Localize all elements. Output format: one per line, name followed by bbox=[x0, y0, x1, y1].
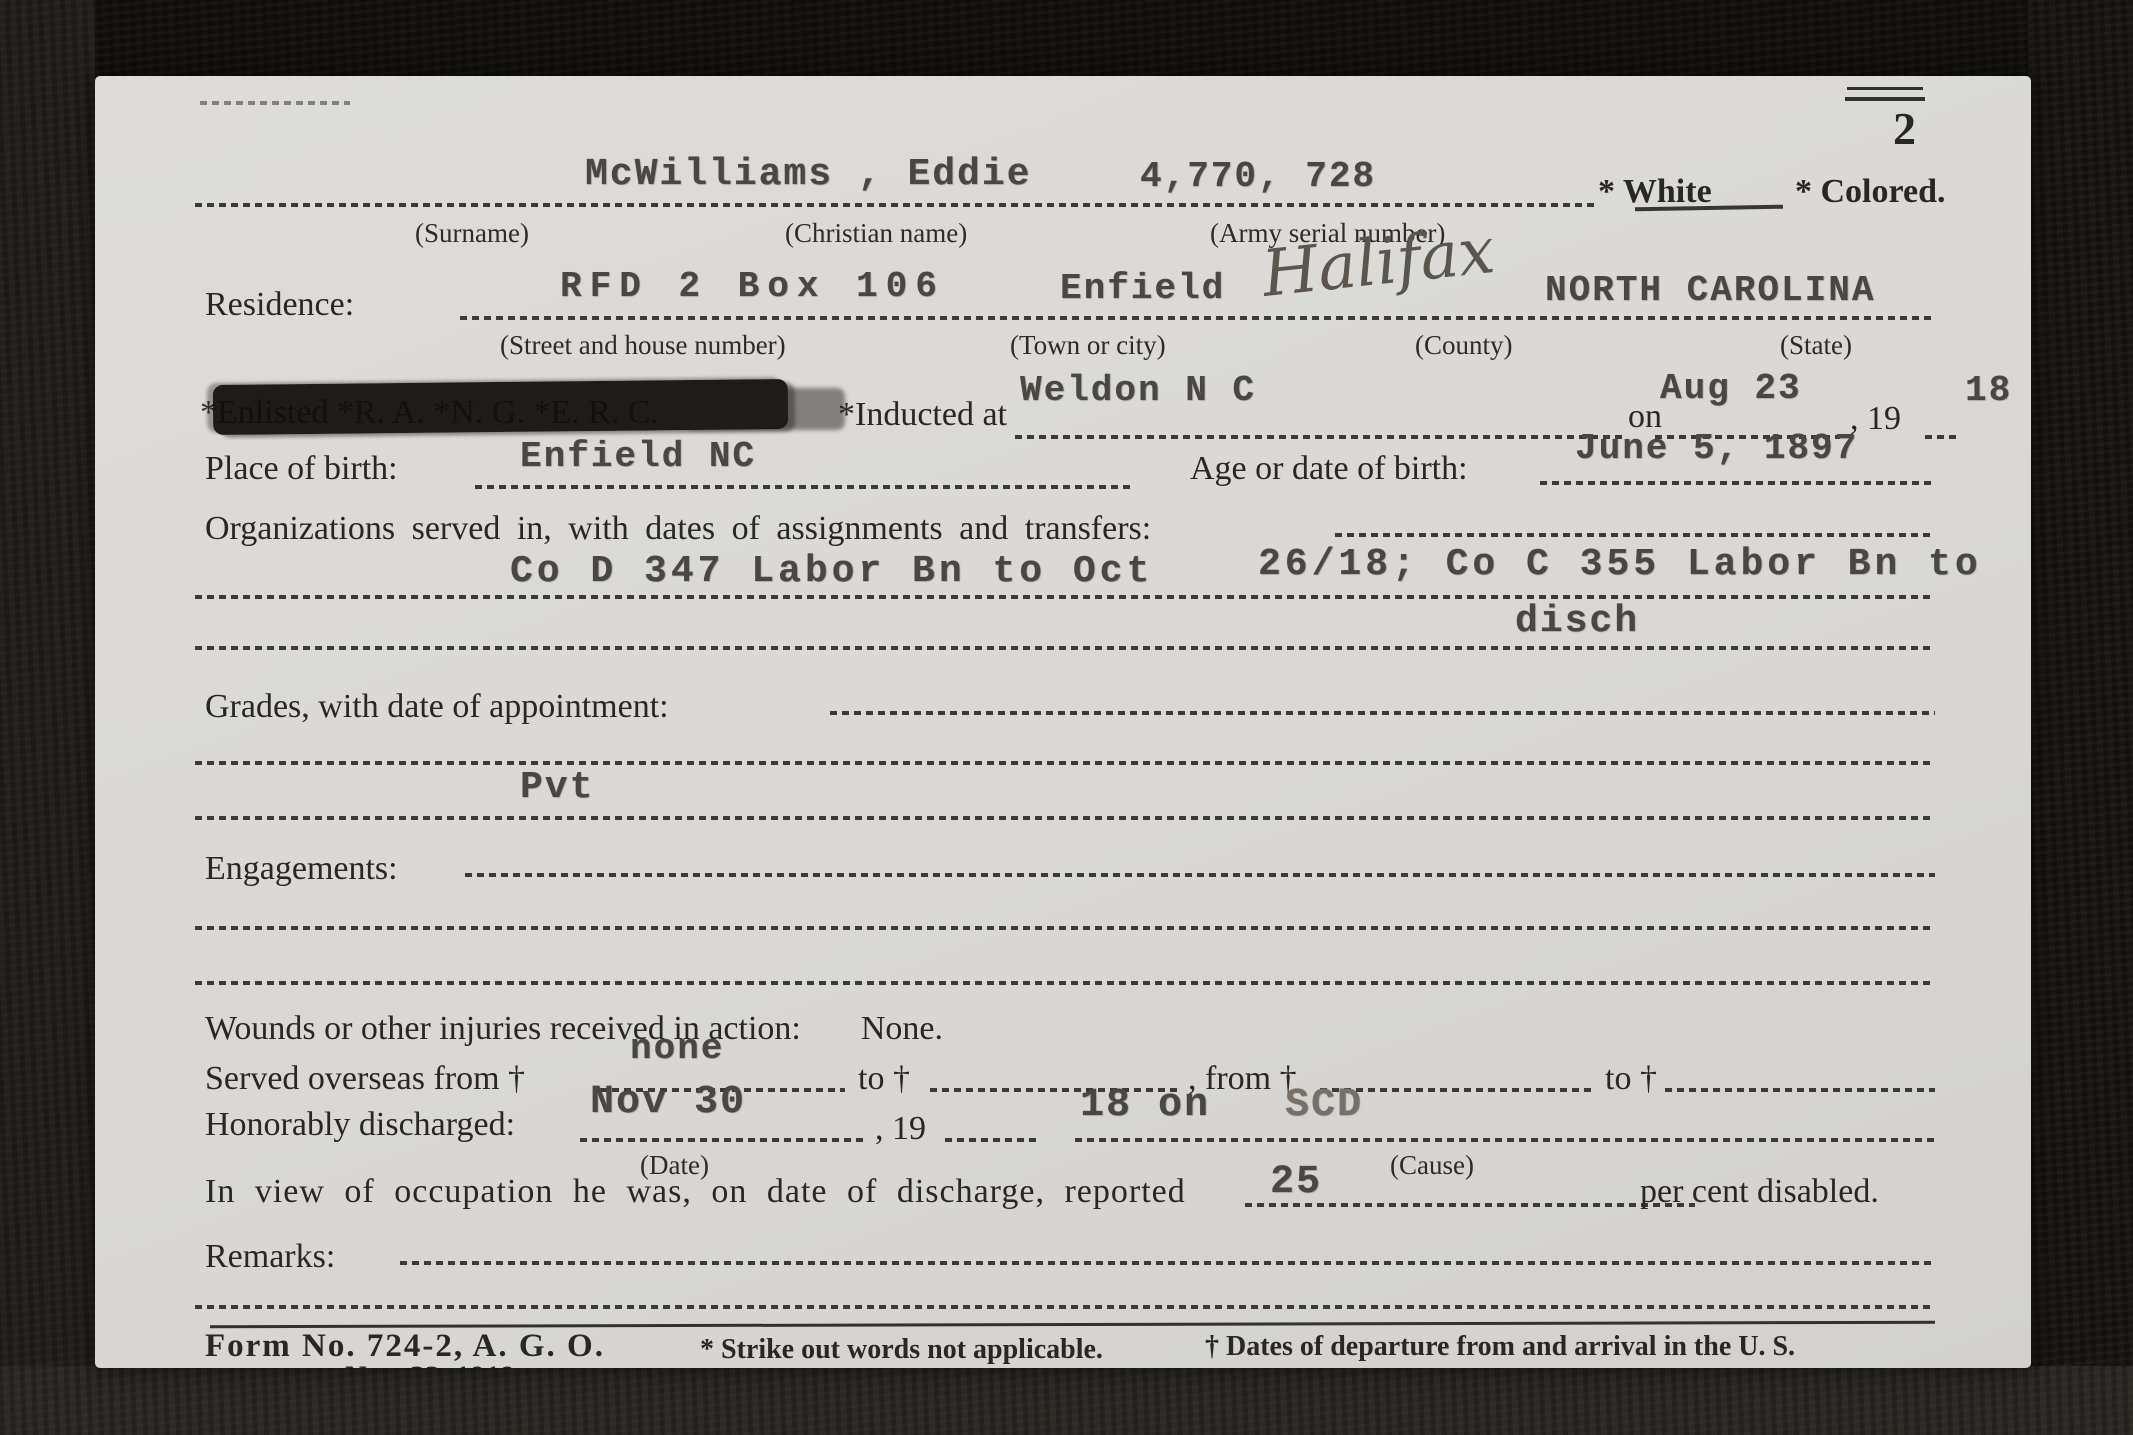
overseas-rule4 bbox=[1665, 1088, 1935, 1092]
county-label: (County) bbox=[1415, 330, 1513, 361]
engagements-line1-rule bbox=[195, 926, 1935, 930]
page-number-rule-upper bbox=[1847, 87, 1923, 90]
residence-rule bbox=[460, 316, 1935, 320]
top-left-dash-mark bbox=[200, 101, 350, 105]
age-or-birthdate-label: Age or date of birth: bbox=[1190, 450, 1468, 488]
residence-town-entry: Enfield bbox=[1060, 268, 1225, 309]
name-entry: McWilliams , Eddie bbox=[585, 153, 1031, 196]
engagements-rule bbox=[465, 873, 1935, 877]
grades-line2-rule bbox=[195, 816, 1935, 820]
residence-state-entry: NORTH CAROLINA bbox=[1545, 270, 1875, 311]
discharged-cause-rule bbox=[1075, 1138, 1935, 1142]
scan-background-left bbox=[0, 0, 95, 1435]
grades-label: Grades, with date of appointment: bbox=[205, 688, 669, 726]
service-record-card: 2 McWilliams , Eddie 4,770, 728 * White … bbox=[95, 76, 2031, 1368]
residence-label: Residence: bbox=[205, 286, 354, 324]
discharged-label: Honorably discharged: bbox=[205, 1106, 515, 1144]
street-label: (Street and house number) bbox=[500, 330, 786, 361]
strike-out-note: * Strike out words not applicable. bbox=[700, 1334, 1103, 1366]
wounds-value: None. bbox=[861, 1010, 943, 1047]
grades-rule bbox=[830, 711, 1935, 715]
discharged-cause-entry: SCD bbox=[1285, 1083, 1363, 1128]
page-number: 2 bbox=[1893, 102, 1916, 155]
organizations-entry-disch: disch bbox=[1515, 600, 1639, 643]
disability-suffix-label: per cent disabled. bbox=[1640, 1173, 1879, 1211]
scan-background-top bbox=[0, 0, 2133, 78]
page-number-rule-lower bbox=[1845, 97, 1925, 101]
disability-rule bbox=[1245, 1203, 1695, 1207]
name-rule bbox=[195, 203, 1595, 207]
race-colored-option: * Colored. bbox=[1795, 173, 1945, 211]
christian-name-label: (Christian name) bbox=[785, 218, 967, 249]
cause-label: (Cause) bbox=[1390, 1150, 1474, 1181]
remarks-label: Remarks: bbox=[205, 1238, 335, 1276]
grades-entry: Pvt bbox=[520, 766, 594, 809]
discharged-year-entry: 18 on bbox=[1080, 1083, 1210, 1128]
place-of-birth-entry: Enfield NC bbox=[520, 436, 756, 477]
overseas-to1-label: to † bbox=[858, 1060, 910, 1098]
organizations-line2-rule bbox=[195, 646, 1935, 650]
organizations-entry-left: Co D 347 Labor Bn to Oct bbox=[510, 550, 1153, 593]
overseas-from1-entry: none bbox=[630, 1028, 724, 1069]
disability-label: In view of occupation he was, on date of… bbox=[205, 1173, 1186, 1211]
scan-background-bottom bbox=[0, 1366, 2133, 1435]
discharged-date-rule bbox=[580, 1138, 865, 1142]
inducted-place-entry: Weldon N C bbox=[1020, 370, 1256, 411]
scan-background-right bbox=[2028, 0, 2133, 1435]
serial-entry: 4,770, 728 bbox=[1140, 156, 1376, 197]
place-of-birth-rule bbox=[475, 485, 1135, 489]
remarks-line2-rule bbox=[195, 1305, 1935, 1309]
discharged-date-entry: Nov 30 bbox=[590, 1080, 746, 1125]
grades-line1-rule bbox=[195, 761, 1935, 765]
overseas-to2-label: to † bbox=[1605, 1060, 1657, 1098]
inducted-place-rule bbox=[1015, 435, 1625, 439]
overseas-from1-label: Served overseas from † bbox=[205, 1060, 525, 1098]
inducted-at-label: *Inducted at bbox=[838, 396, 1007, 434]
inducted-year-entry: 18 bbox=[1965, 370, 2012, 411]
town-label: (Town or city) bbox=[1010, 330, 1166, 361]
organizations-label: Organizations served in, with dates of a… bbox=[205, 510, 1151, 548]
wounds-row: Wounds or other injuries received in act… bbox=[205, 1010, 943, 1048]
residence-street-entry: RFD 2 Box 106 bbox=[560, 266, 945, 307]
organizations-entry-right: 26/18; Co C 355 Labor Bn to bbox=[1258, 543, 1982, 586]
birthdate-entry: June 5, 1897 bbox=[1575, 428, 1858, 469]
remarks-rule bbox=[400, 1261, 1935, 1265]
inducted-year-rule bbox=[1925, 435, 1957, 439]
birthdate-rule bbox=[1540, 481, 1935, 485]
state-label: (State) bbox=[1780, 330, 1852, 361]
discharged-year-rule bbox=[945, 1138, 1040, 1142]
discharged-year-prefix: , 19 bbox=[875, 1110, 926, 1148]
inducted-date-entry: Aug 23 bbox=[1660, 368, 1802, 409]
enlistment-strike-ink-smear bbox=[685, 388, 845, 430]
engagements-line2-rule bbox=[195, 981, 1935, 985]
disability-percent-entry: 25 bbox=[1270, 1160, 1322, 1205]
surname-label: (Surname) bbox=[415, 218, 529, 249]
form-date: Nov. 22, 1919 bbox=[345, 1360, 515, 1368]
organizations-line1-rule bbox=[195, 595, 1935, 599]
organizations-rule bbox=[1335, 533, 1935, 537]
engagements-label: Engagements: bbox=[205, 850, 398, 888]
place-of-birth-label: Place of birth: bbox=[205, 450, 398, 488]
dagger-note: † Dates of departure from and arrival in… bbox=[1205, 1331, 1795, 1363]
